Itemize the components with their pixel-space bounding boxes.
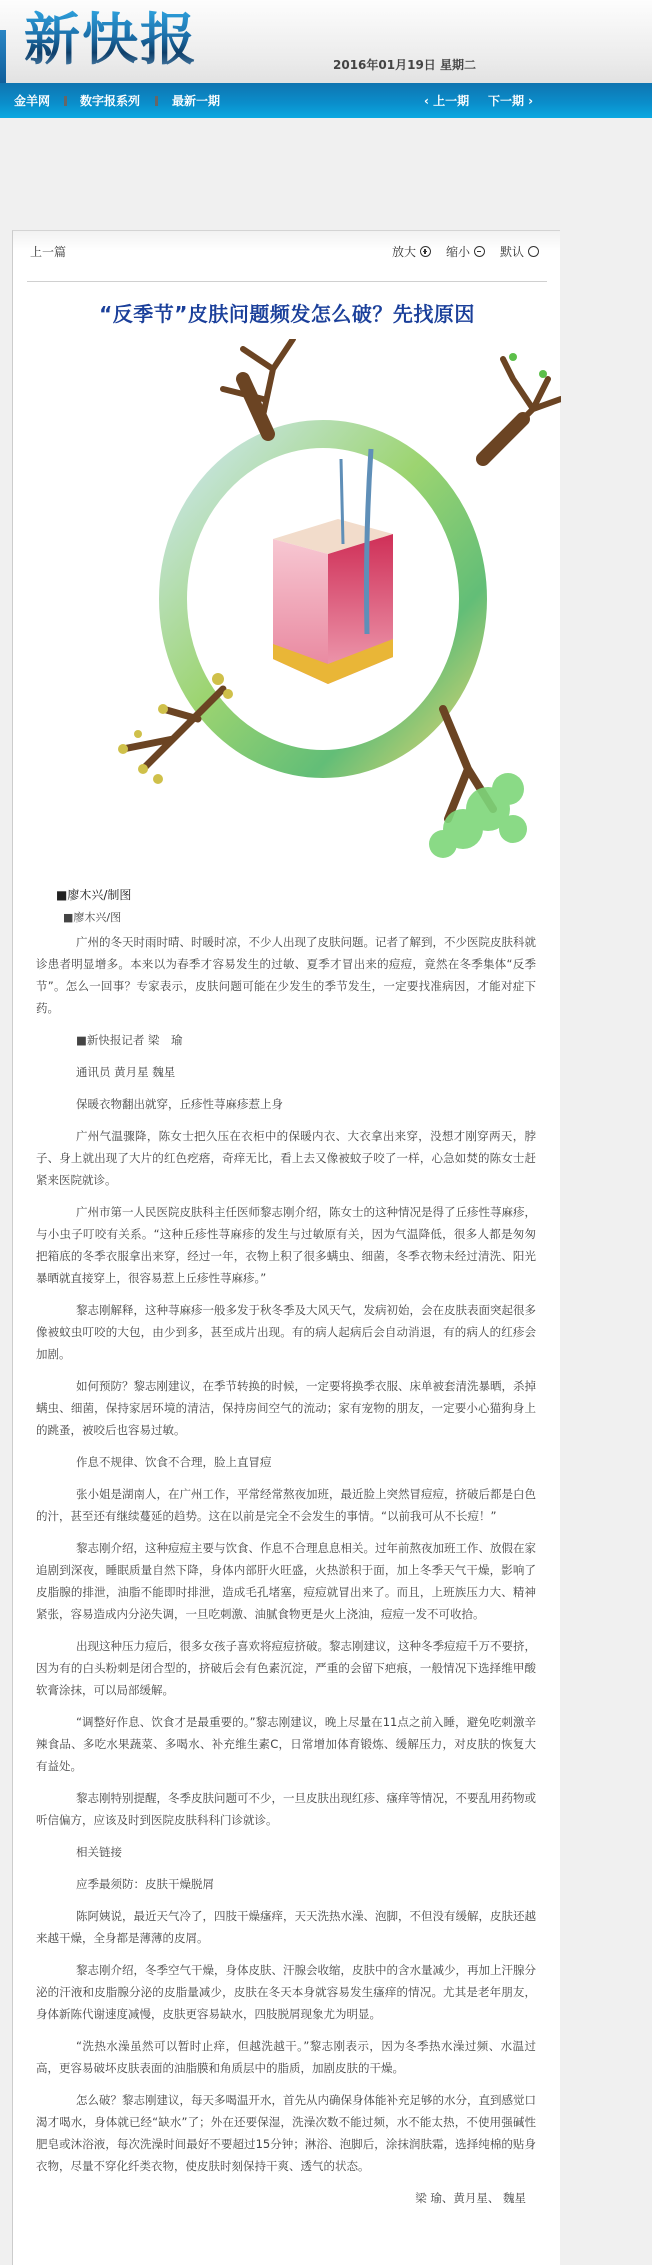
byline-correspondent: 通讯员 黄月星 魏星 <box>36 1061 536 1083</box>
paragraph: 张小姐是湖南人，在广州工作，平常经常熬夜加班，最近脸上突然冒痘痘，挤破后都是白色… <box>36 1483 536 1527</box>
article-title: “反季节”皮肤问题频发怎么破？先找原因 <box>13 298 561 327</box>
image-caption-illustrator: ■廖木兴/制图 <box>56 886 131 903</box>
article-toolbar: 上一篇 放大 缩小 默认 <box>13 231 560 281</box>
header-accent-stripe <box>0 30 6 83</box>
nav-separator <box>155 96 158 106</box>
paragraph: 如何预防？黎志刚建议，在季节转换的时候，一定要将换季衣服、床单被套清洗暴晒，杀掉… <box>36 1375 536 1441</box>
paragraph: 怎么破？黎志刚建议，每天多喝温开水，首先从内确保身体能补充足够的水分，直到感觉口… <box>36 2089 536 2177</box>
section-heading: 应季最须防：皮肤干燥脱屑 <box>36 1873 536 1895</box>
issue-date: 2016年01月19日 星期二 <box>333 56 476 73</box>
paragraph: 广州市第一人民医院皮肤科主任医师黎志刚介绍，陈女士的这种情况是得了丘疹性荨麻疹，… <box>36 1201 536 1289</box>
minus-circle-icon <box>474 246 485 257</box>
paragraph: “调整好作息、饮食才是最重要的。”黎志刚建议，晚上尽量在11点之前入睡，避免吃刺… <box>36 1711 536 1777</box>
default-size-label: 默认 <box>500 243 524 260</box>
article-card: 上一篇 放大 缩小 默认 “反季节”皮肤问题频发怎么破？先找原因 <box>12 230 560 2265</box>
paragraph: 出现这种压力痘后，很多女孩子喜欢将痘痘挤破。黎志刚建议，这种冬季痘痘千万不要挤，… <box>36 1635 536 1701</box>
nav-bar: 金羊网 数字报系列 最新一期 ‹ 上一期 下一期 › <box>0 83 652 118</box>
nav-link-jinyangwang[interactable]: 金羊网 <box>14 92 50 109</box>
paragraph: 黎志刚解释，这种荨麻疹一般多发于秋冬季及大风天气，发病初始，会在皮肤表面突起很多… <box>36 1299 536 1365</box>
skin-seasons-illustration <box>103 339 561 859</box>
nav-link-latest-issue[interactable]: 最新一期 <box>172 92 220 109</box>
paragraph: 陈阿姨说，最近天气冷了，四肢干燥瘙痒，天天洗热水澡、泡脚，不但没有缓解，皮肤还越… <box>36 1905 536 1949</box>
next-issue-link[interactable]: 下一期 › <box>488 92 533 109</box>
paragraph: 广州气温骤降，陈女士把久压在衣柜中的保暖内衣、大衣拿出来穿，没想才刚穿两天，脖子… <box>36 1125 536 1191</box>
plus-circle-icon <box>420 246 431 257</box>
paragraph: “洗热水澡虽然可以暂时止痒，但越洗越干。”黎志刚表示，因为冬季热水澡过频、水温过… <box>36 2035 536 2079</box>
default-size-button[interactable]: 默认 <box>500 243 539 260</box>
zoom-out-label: 缩小 <box>446 243 470 260</box>
nav-separator <box>64 96 67 106</box>
zoom-out-button[interactable]: 缩小 <box>446 243 485 260</box>
prev-article-link[interactable]: 上一篇 <box>30 243 66 260</box>
nav-link-digital-series[interactable]: 数字报系列 <box>80 92 140 109</box>
section-heading: 保暖衣物翻出就穿，丘疹性荨麻疹惹上身 <box>36 1093 536 1115</box>
circle-icon <box>528 246 539 257</box>
paragraph: 广州的冬天时雨时晴、时暖时凉，不少人出现了皮肤问题。记者了解到，不少医院皮肤科就… <box>36 931 536 1019</box>
paragraph: 黎志刚介绍，这种痘痘主要与饮食、作息不合理息息相关。过年前熬夜加班工作、放假在家… <box>36 1537 536 1625</box>
section-heading: 作息不规律、饮食不合理，脸上直冒痘 <box>36 1451 536 1473</box>
zoom-in-label: 放大 <box>392 243 416 260</box>
site-header: 新快报 2016年01月19日 星期二 <box>0 0 652 83</box>
zoom-in-button[interactable]: 放大 <box>392 243 431 260</box>
toolbar-divider <box>27 281 547 282</box>
article-body: 广州的冬天时雨时晴、时暖时凉，不少人出现了皮肤问题。记者了解到，不少医院皮肤科就… <box>36 931 536 2219</box>
paragraph: 黎志刚特别提醒，冬季皮肤问题可不少，一旦皮肤出现红疹、瘙痒等情况，不要乱用药物或… <box>36 1787 536 1831</box>
image-caption-credit: ■廖木兴/图 <box>63 909 121 925</box>
prev-issue-link[interactable]: ‹ 上一期 <box>424 92 469 109</box>
paragraph: 黎志刚介绍，冬季空气干燥，身体皮肤、汗腺会收缩，皮肤中的含水量减少，再加上汗腺分… <box>36 1959 536 2025</box>
article-signature: 梁 瑜、黄月星、 魏星 <box>36 2187 536 2209</box>
byline-reporter: ■新快报记者 梁 瑜 <box>36 1029 536 1051</box>
section-heading: 相关链接 <box>36 1841 536 1863</box>
site-logo[interactable]: 新快报 <box>24 8 198 72</box>
